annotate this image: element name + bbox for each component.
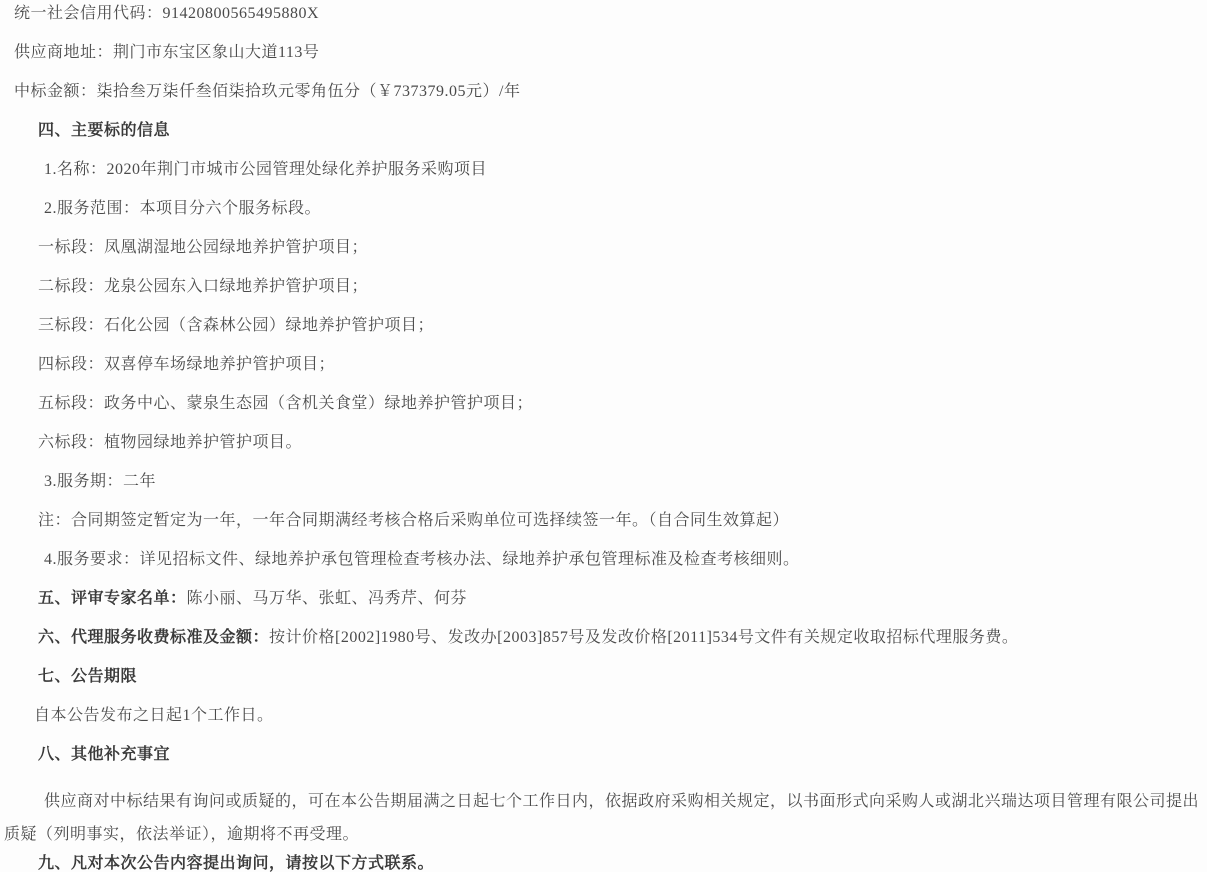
bid-name-line: 1.名称：2020年荆门市城市公园管理处绿化养护服务采购项目 — [0, 161, 1207, 178]
expert-names: 陈小丽、马万华、张虹、冯秀芹、何芬 — [187, 590, 468, 607]
supplier-address-line: 供应商地址：荆门市东宝区象山大道113号 — [0, 44, 1207, 61]
section-7-heading: 七、公告期限 — [0, 668, 1207, 685]
agency-fee-text: 按计价格[2002]1980号、发改办[2003]857号及发改价格[2011]… — [269, 629, 1018, 646]
lot-1-line: 一标段：凤凰湖湿地公园绿地养护管护项目； — [0, 239, 1207, 256]
section-8-heading: 八、其他补充事宜 — [0, 746, 1207, 763]
section-5-heading: 五、评审专家名单： — [38, 590, 187, 607]
section-6-line: 六、代理服务收费标准及金额：按计价格[2002]1980号、发改办[2003]8… — [0, 629, 1207, 646]
service-scope-line: 2.服务范围：本项目分六个服务标段。 — [0, 200, 1207, 217]
lot-5-line: 五标段：政务中心、蒙泉生态园（含机关食堂）绿地养护管护项目； — [0, 395, 1207, 412]
objection-paragraph: 供应商对中标结果有询问或质疑的，可在本公告期届满之日起七个工作日内，依据政府采购… — [0, 785, 1207, 851]
contract-note-line: 注：合同期签定暂定为一年，一年合同期满经考核合格后采购单位可选择续签一年。（自合… — [0, 512, 1207, 529]
lot-6-line: 六标段：植物园绿地养护管护项目。 — [0, 434, 1207, 451]
service-requirements-line: 4.服务要求：详见招标文件、绿地养护承包管理检查考核办法、绿地养护承包管理标准及… — [0, 551, 1207, 568]
section-4-heading: 四、主要标的信息 — [0, 122, 1207, 139]
lot-2-line: 二标段：龙泉公园东入口绿地养护管护项目； — [0, 278, 1207, 295]
credit-code-line: 统一社会信用代码：91420800565495880X — [0, 5, 1207, 22]
lot-3-line: 三标段：石化公园（含森林公园）绿地养护管护项目； — [0, 317, 1207, 334]
service-period-line: 3.服务期：二年 — [0, 473, 1207, 490]
section-5-line: 五、评审专家名单：陈小丽、马万华、张虹、冯秀芹、何芬 — [0, 590, 1207, 607]
section-9-heading: 九、凡对本次公告内容提出询问，请按以下方式联系。 — [0, 855, 1207, 872]
announcement-period-line: 自本公告发布之日起1个工作日。 — [0, 707, 1207, 724]
section-6-heading: 六、代理服务收费标准及金额： — [38, 629, 269, 646]
award-amount-line: 中标金额：柒拾叁万柒仟叁佰柒拾玖元零角伍分（￥737379.05元）/年 — [0, 83, 1207, 100]
lot-4-line: 四标段：双喜停车场绿地养护管护项目； — [0, 356, 1207, 373]
announcement-page: { "page": { "background": "#fdfdfd", "te… — [0, 0, 1207, 872]
announcement-document: 统一社会信用代码：91420800565495880X 供应商地址：荆门市东宝区… — [0, 0, 1207, 872]
